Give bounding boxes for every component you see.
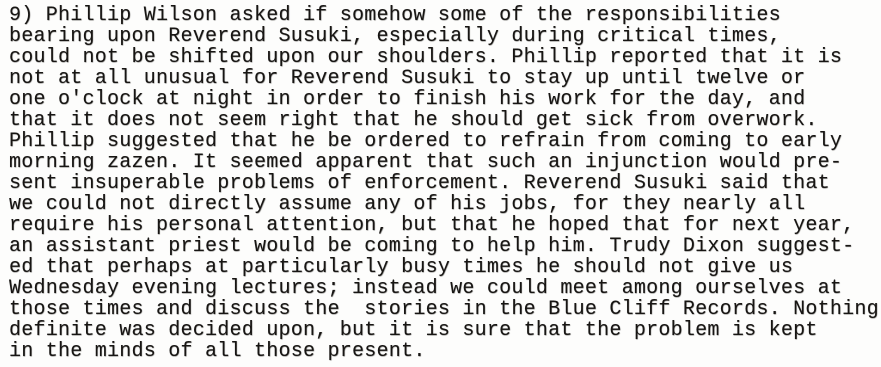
text-line: morning zazen. It seemed apparent that s… [9, 152, 879, 173]
text-line: definite was decided upon, but it is sur… [9, 320, 879, 341]
text-line: not at all unusual for Reverend Susuki t… [9, 68, 879, 89]
text-line: one o'clock at night in order to finish … [9, 89, 879, 110]
text-line: bearing upon Reverend Susuki, especially… [9, 26, 879, 47]
text-line: 9) Phillip Wilson asked if somehow some … [9, 5, 879, 26]
text-line: could not be shifted upon our shoulders.… [9, 47, 879, 68]
text-line: Wednesday evening lectures; instead we c… [9, 278, 879, 299]
text-line: that it does not seem right that he shou… [9, 110, 879, 131]
text-line: require his personal attention, but that… [9, 215, 879, 236]
text-line: sent insuperable problems of enforcement… [9, 173, 879, 194]
typewritten-page: 9) Phillip Wilson asked if somehow some … [0, 0, 881, 367]
text-line: an assistant priest would be coming to h… [9, 236, 879, 257]
paragraph-item-9: 9) Phillip Wilson asked if somehow some … [9, 5, 879, 362]
text-line: those times and discuss the stories in t… [9, 299, 879, 320]
text-line: Phillip suggested that he be ordered to … [9, 131, 879, 152]
text-line: ed that perhaps at particularly busy tim… [9, 257, 879, 278]
text-line: in the minds of all those present. [9, 341, 879, 362]
text-line: we could not directly assume any of his … [9, 194, 879, 215]
